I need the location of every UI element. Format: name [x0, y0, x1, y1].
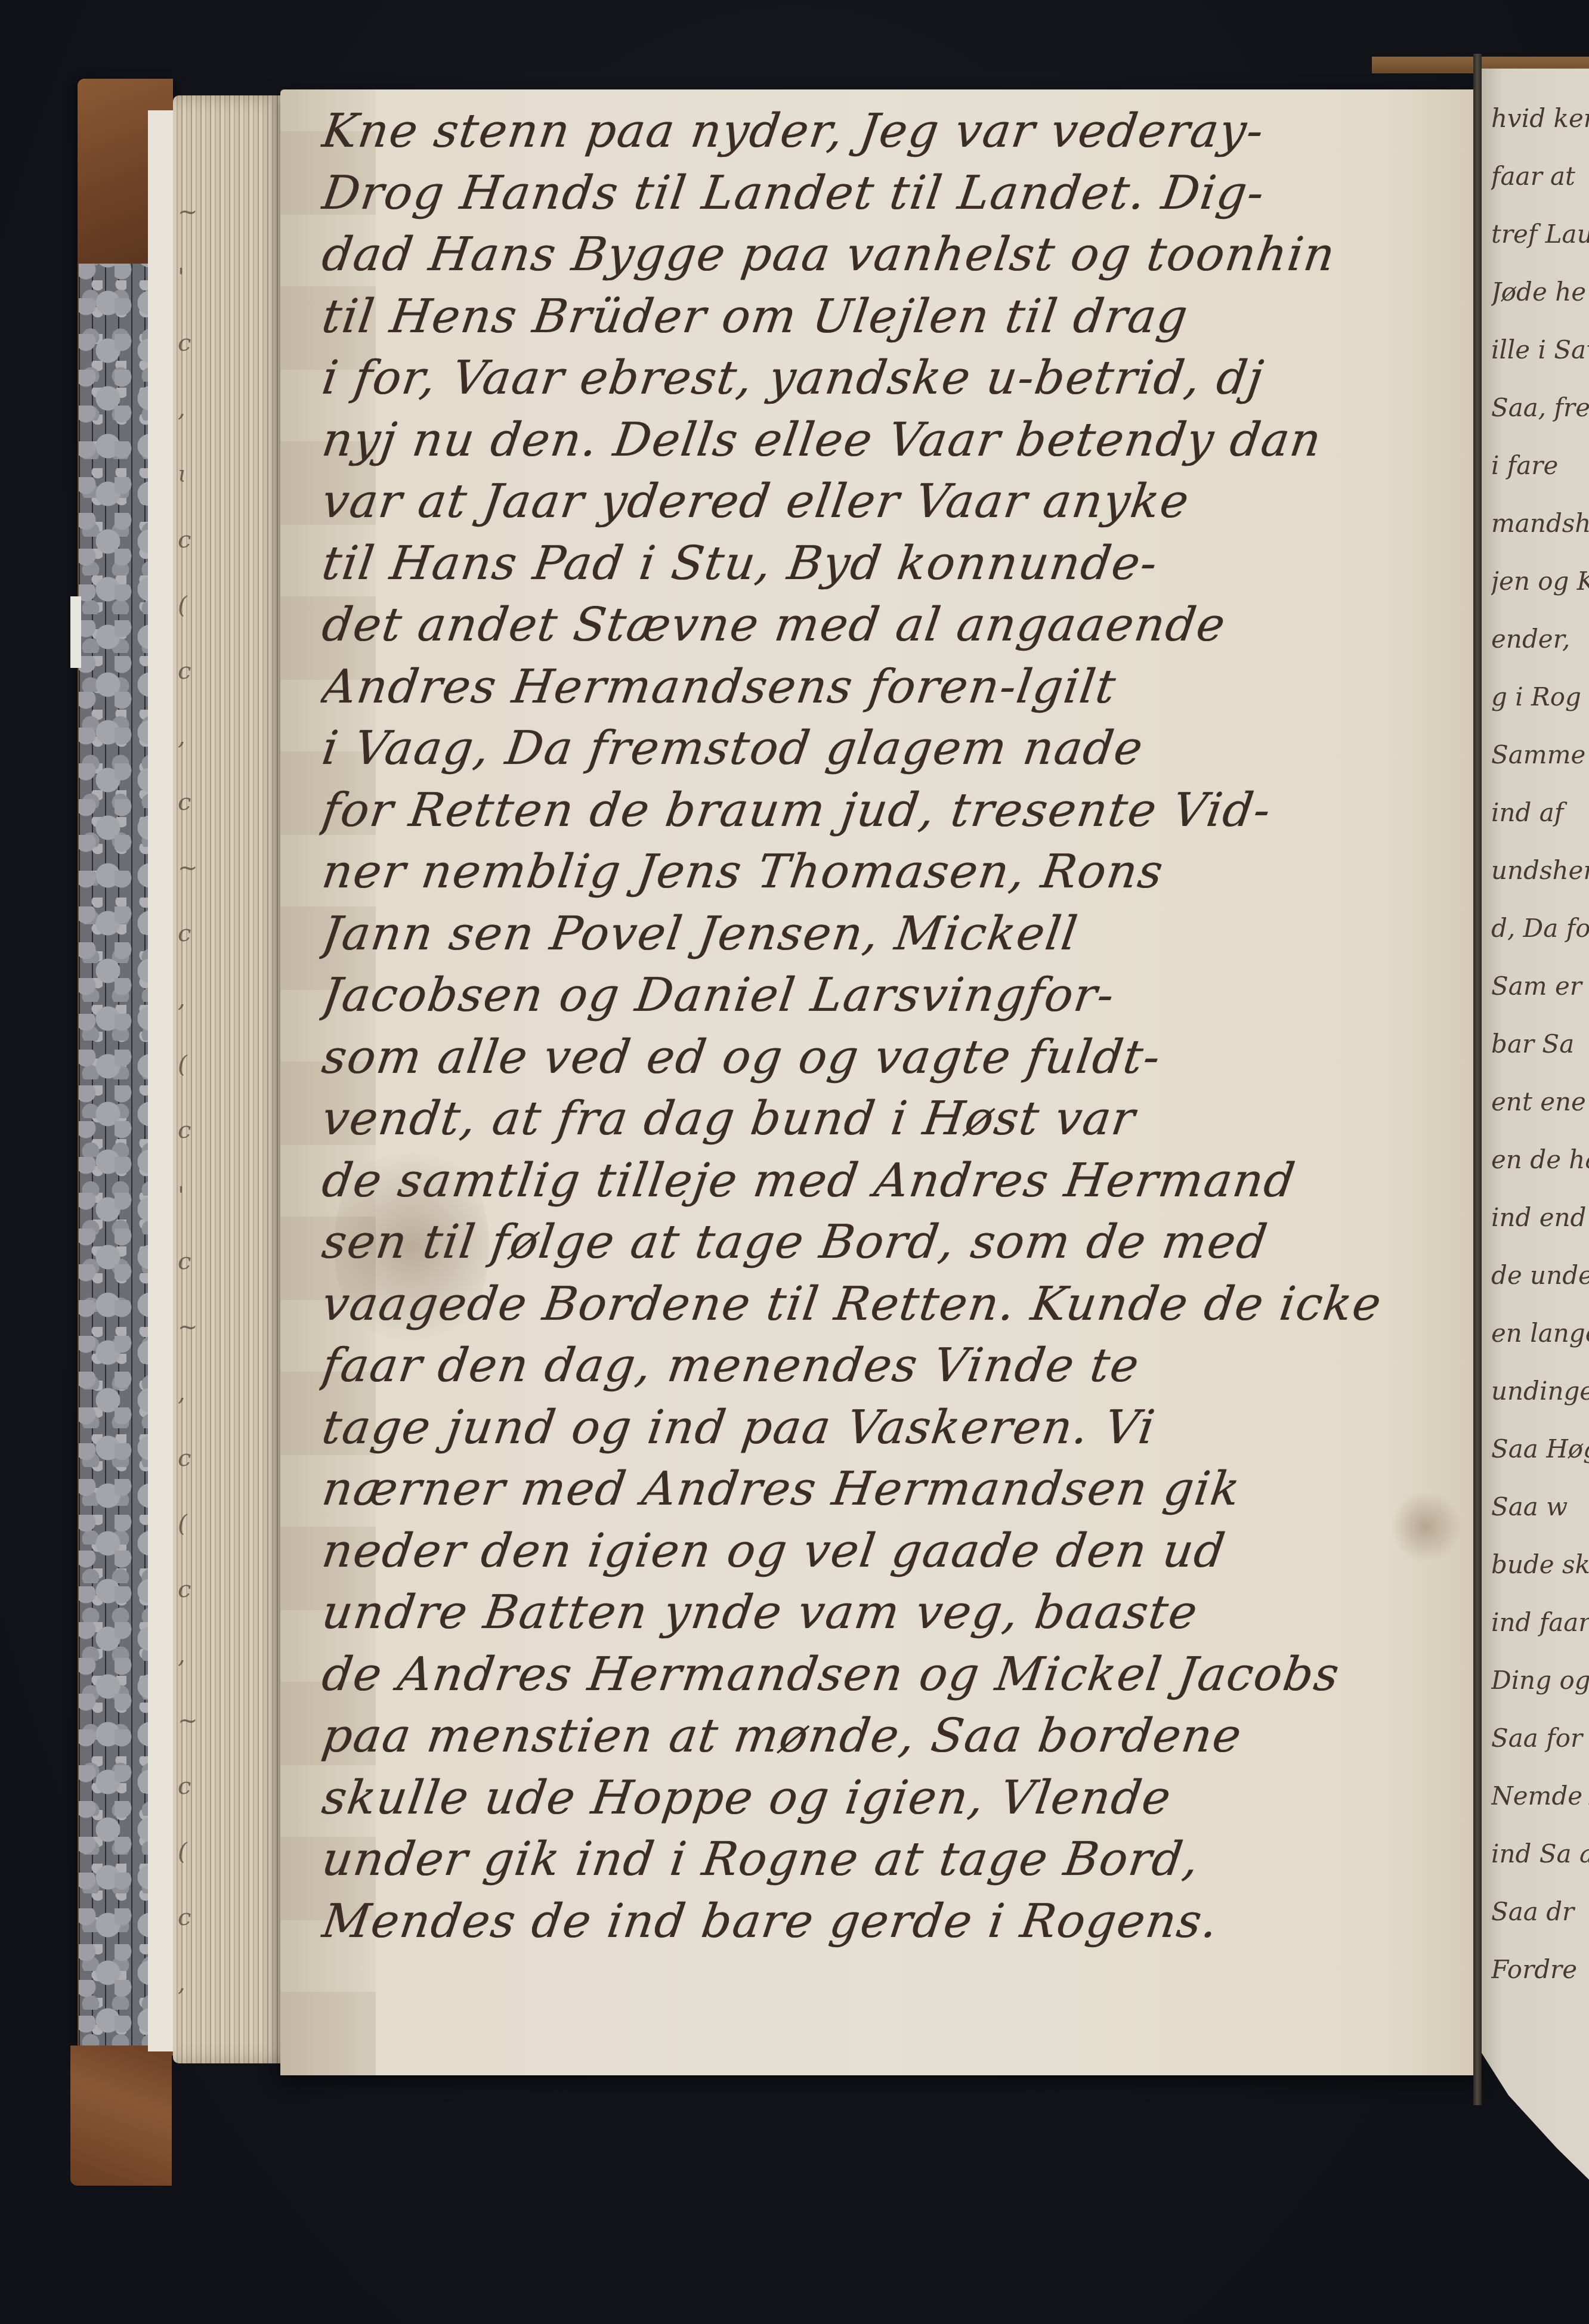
paper-tab [70, 596, 81, 668]
facing-line: Saa w [1491, 1478, 1589, 1536]
facing-line: faar at [1491, 147, 1589, 205]
facing-page-text: hvid kender faar at tref Lau Jøde he ill… [1491, 89, 1589, 1998]
facing-line: ind af [1491, 784, 1589, 841]
gutter-fold [1473, 54, 1482, 2105]
marbled-paper-board [79, 227, 150, 2069]
text-line: ner nemblig Jens Thomasen, Rons [318, 845, 1472, 907]
text-line: Kne stenn paa nyder, Jeg var vederay- [318, 104, 1472, 166]
facing-line: ille i Saw [1491, 321, 1589, 379]
text-line: sen til følge at tage Bord, som de med [318, 1215, 1472, 1277]
page-edge-ink-marks: ~ ' c , ɩ c ( c , c ~ c , ( c ' c ~ , c … [178, 179, 214, 1968]
text-line: paa menstien at mønde, Saa bordene [318, 1709, 1472, 1771]
facing-line: de unde [1491, 1246, 1589, 1304]
text-line: de samtlig tilleje med Andres Hermand [318, 1154, 1472, 1216]
text-line: som alle ved ed og og vagte fuldt- [318, 1031, 1472, 1093]
text-line: de Andres Hermandsen og Mickel Jacobs [318, 1648, 1472, 1710]
facing-line: Sam er [1491, 957, 1589, 1015]
text-line: til Hens Brüder om Ulejlen til drag [318, 290, 1472, 352]
facing-line: ind Sa a [1491, 1825, 1589, 1883]
facing-line: Saa dr [1491, 1883, 1589, 1941]
text-line: Jann sen Povel Jensen, Mickell [318, 907, 1472, 969]
text-line: til Hans Pad i Stu, Byd konnunde- [318, 537, 1472, 599]
text-line: vendt, at fra dag bund i Høst var [318, 1092, 1472, 1154]
facing-line: undinger [1491, 1362, 1589, 1420]
facing-line: Samme [1491, 726, 1589, 784]
text-line: i Vaag, Da fremstod glagem nade [318, 722, 1472, 784]
text-line: Drog Hands til Landet til Landet. Dig- [318, 166, 1472, 228]
facing-line: Ding ogg [1491, 1651, 1589, 1709]
facing-line: Saa Høg [1491, 1420, 1589, 1478]
text-line: det andet Stævne med al angaaende [318, 598, 1472, 660]
text-line: tage jund og ind paa Vaskeren. Vi [318, 1401, 1472, 1463]
text-line: Andres Hermandsens foren-lgilt [318, 660, 1472, 722]
text-line: nærner med Andres Hermandsen gik [318, 1462, 1472, 1524]
text-line: Mendes de ind bare gerde i Rogens. [318, 1895, 1472, 1957]
facing-line: jen og Kr [1491, 552, 1589, 610]
facing-line: bude sk [1491, 1536, 1589, 1593]
text-line: skulle ude Hoppe og igien, Vlende [318, 1771, 1472, 1833]
text-line: for Retten de braum jud, tresente Vid- [318, 784, 1472, 846]
facing-line: en de ha [1491, 1131, 1589, 1189]
text-line: undre Batten ynde vam veg, baaste [318, 1586, 1472, 1648]
text-line: i for, Vaar ebrest, yandske u-betrid, dj [318, 351, 1472, 413]
flyleaf-strip [148, 110, 173, 2051]
text-line: var at Jaar ydered eller Vaar anyke [318, 475, 1472, 537]
text-line: vaagede Bordene til Retten. Kunde de ick… [318, 1277, 1472, 1339]
facing-line: ender, [1491, 610, 1589, 668]
facing-line: ind faar [1491, 1593, 1589, 1651]
text-line: faar den dag, menendes Vinde te [318, 1339, 1472, 1401]
facing-line: i fare [1491, 437, 1589, 494]
facing-line: ent ene [1491, 1073, 1589, 1131]
facing-line: undshen [1491, 841, 1589, 899]
text-line: nyj nu den. Dells ellee Vaar betendy dan [318, 413, 1472, 475]
facing-line: mandshe [1491, 494, 1589, 552]
handwritten-text-block: Kne stenn paa nyder, Jeg var vederay- Dr… [322, 104, 1467, 1956]
facing-line: Jøde he [1491, 263, 1589, 321]
facing-line: en lange [1491, 1304, 1589, 1362]
text-line: Jacobsen og Daniel Larsvingfor- [318, 968, 1472, 1031]
facing-line: Fordre [1491, 1941, 1589, 1998]
facing-line: hvid kender [1491, 89, 1589, 147]
facing-line: d, Da fo [1491, 899, 1589, 957]
facing-line: Saa, frem [1491, 379, 1589, 437]
facing-line: bar Sa [1491, 1015, 1589, 1073]
leather-corner-bottom [70, 2046, 172, 2186]
facing-line: Saa for a [1491, 1709, 1589, 1767]
text-line: under gik ind i Rogne at tage Bord, [318, 1833, 1472, 1895]
facing-line: Nemde Al [1491, 1767, 1589, 1825]
facing-line: tref Lau [1491, 205, 1589, 263]
facing-line: ind end [1491, 1189, 1589, 1246]
text-line: neder den igien og vel gaade den ud [318, 1524, 1472, 1586]
facing-line: g i Rog [1491, 668, 1589, 726]
text-line: dad Hans Bygge paa vanhelst og toonhin [318, 228, 1472, 290]
